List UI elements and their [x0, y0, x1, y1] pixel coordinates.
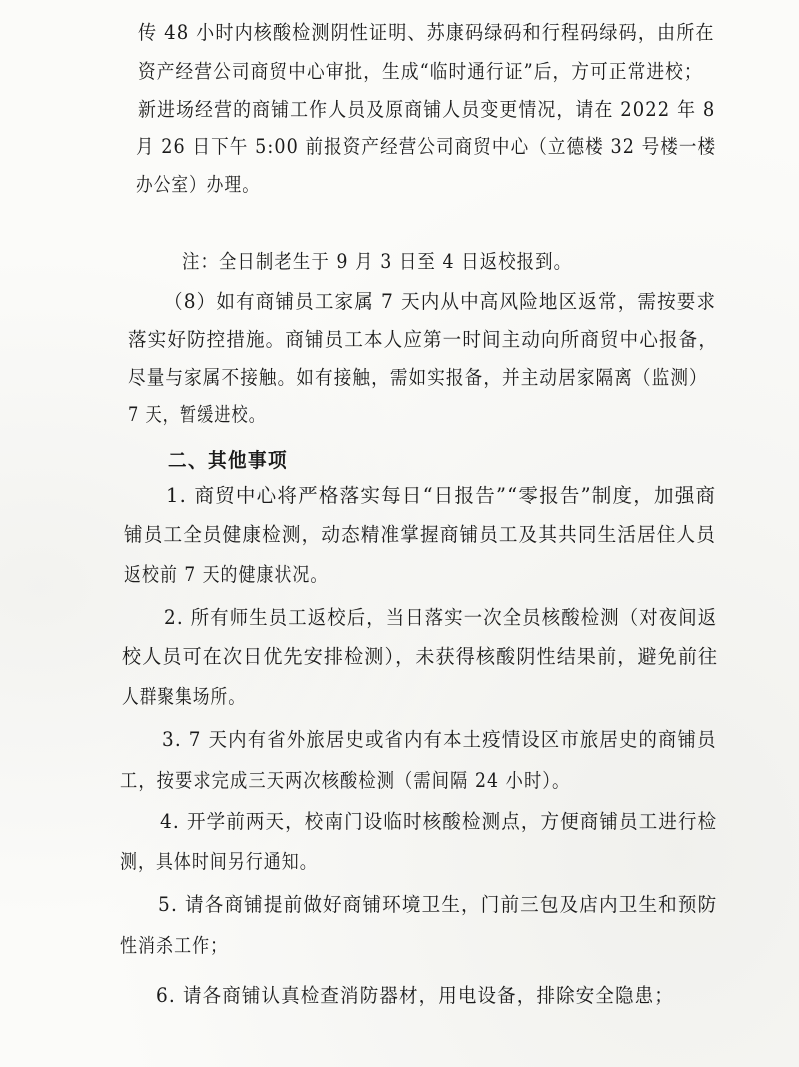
paragraph-line: 测，具体时间另行通知。 — [120, 850, 318, 874]
paragraph-line: 校人员可在次日优先安排检测），未获得核酸阴性结果前，避免前往 — [122, 645, 718, 669]
paragraph-line: 1. 商贸中心将严格落实每日“日报告”“零报告”制度，加强商 — [166, 484, 716, 508]
paragraph-line: 落实好防控措施。商铺员工本人应第一时间主动向所商贸中心报备， — [128, 328, 718, 352]
paragraph-line: 尽量与家属不接触。如有接触，需如实报备，并主动居家隔离（监测） — [128, 366, 708, 390]
paragraph-line: 铺员工全员健康检测，动态精准掌握商铺员工及其共同生活居住人员 — [124, 523, 716, 547]
paragraph-line: 4. 开学前两天，校南门设临时核酸检测点，方便商铺员工进行检 — [160, 810, 717, 834]
paragraph-line: 传 48 小时内核酸检测阴性证明、苏康码绿码和行程码绿码，由所在 — [138, 21, 715, 45]
paragraph-line: 月 26 日下午 5:00 前报资产经营公司商贸中心（立德楼 32 号楼一楼 — [136, 135, 716, 159]
paragraph-line: （8）如有商铺员工家属 7 天内从中高风险地区返常，需按要求 — [164, 290, 716, 314]
paragraph-line: 办公室）办理。 — [136, 173, 260, 197]
paragraph-line: 6. 请各商铺认真检查消防器材，用电设备，排除安全隐患； — [156, 984, 674, 1008]
paragraph-line: 5. 请各商铺提前做好商铺环境卫生，门前三包及店内卫生和预防 — [158, 893, 717, 917]
paragraph-line: 性消杀工作； — [120, 934, 228, 958]
paragraph-line: 返校前 7 天的健康状况。 — [124, 563, 328, 587]
document-page: 传 48 小时内核酸检测阴性证明、苏康码绿码和行程码绿码，由所在资产经营公司商贸… — [0, 0, 799, 1067]
paragraph-line: 3. 7 天内有省外旅居史或省内有本土疫情设区市旅居史的商铺员 — [162, 728, 717, 752]
paragraph-line: 2. 所有师生员工返校后，当日落实一次全员核酸检测（对夜间返 — [164, 606, 717, 630]
section-heading: 二、其他事项 — [168, 448, 288, 472]
paragraph-line: 人群聚集场所。 — [122, 685, 246, 709]
paragraph-line: 工，按要求完成三天两次核酸检测（需间隔 24 小时）。 — [120, 769, 570, 793]
paragraph-line: 资产经营公司商贸中心审批，生成“临时通行证”后，方可正常进校； — [138, 60, 703, 84]
paragraph-line: 注：全日制老生于 9 月 3 日至 4 日返校报到。 — [182, 250, 572, 274]
paragraph-line: 7 天，暂缓进校。 — [128, 403, 266, 427]
paragraph-line: 新进场经营的商铺工作人员及原商铺人员变更情况，请在 2022 年 8 — [138, 98, 715, 122]
